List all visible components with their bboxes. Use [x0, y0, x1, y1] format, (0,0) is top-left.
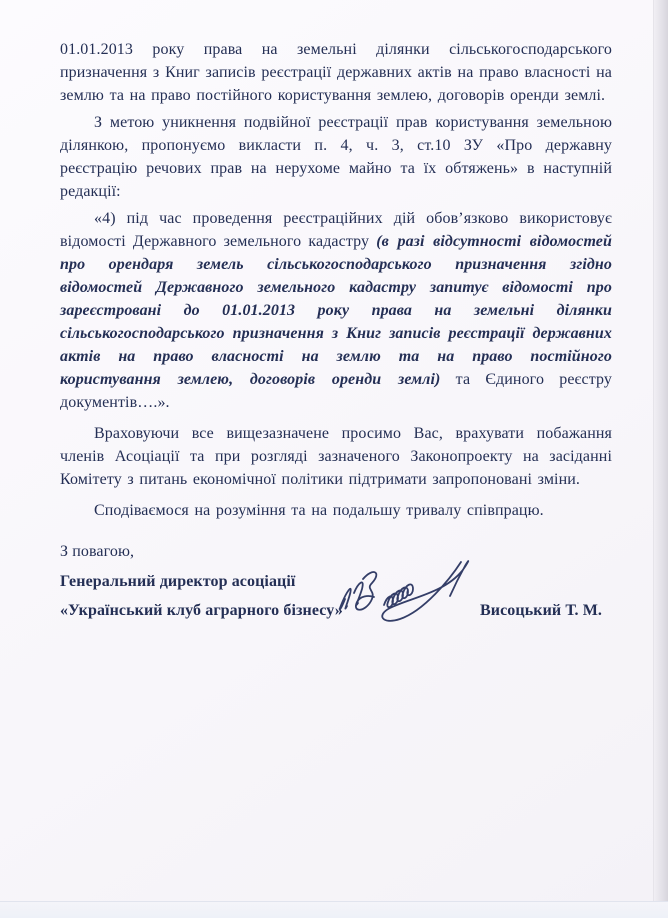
scanned-letter-page: 01.01.2013 року права на земельні ділянк…: [0, 0, 668, 918]
signer-title: Генеральний директор асоціації: [60, 570, 612, 594]
paragraph-request: Враховуючи все вищезазначене просимо Вас…: [60, 422, 612, 491]
paragraph-continuation: 01.01.2013 року права на земельні ділянк…: [60, 38, 612, 107]
signature-block: З повагою, Генеральний директор асоціаці…: [60, 540, 612, 633]
signer-name: Висоцький Т. М.: [480, 599, 602, 622]
paragraph-hope: Сподіваємося на розуміння та на подальшу…: [60, 499, 612, 522]
scan-edge-right: [653, 0, 668, 918]
signature-row: «Український клуб аграрного бізнесу»: [60, 599, 612, 633]
closing-salutation: З повагою,: [60, 540, 612, 564]
letter-body: 01.01.2013 року права на земельні ділянк…: [60, 38, 612, 633]
clause-emphasis: (в разі відсутності відомостей про оренд…: [60, 233, 612, 388]
scan-edge-bottom: [0, 901, 668, 918]
paragraph-quoted-clause: «4) під час проведення реєстраційних дій…: [60, 207, 612, 414]
organization-name: «Український клуб аграрного бізнесу»: [60, 599, 343, 622]
paragraph-proposal: З метою уникнення подвійної реєстрації п…: [60, 111, 612, 203]
